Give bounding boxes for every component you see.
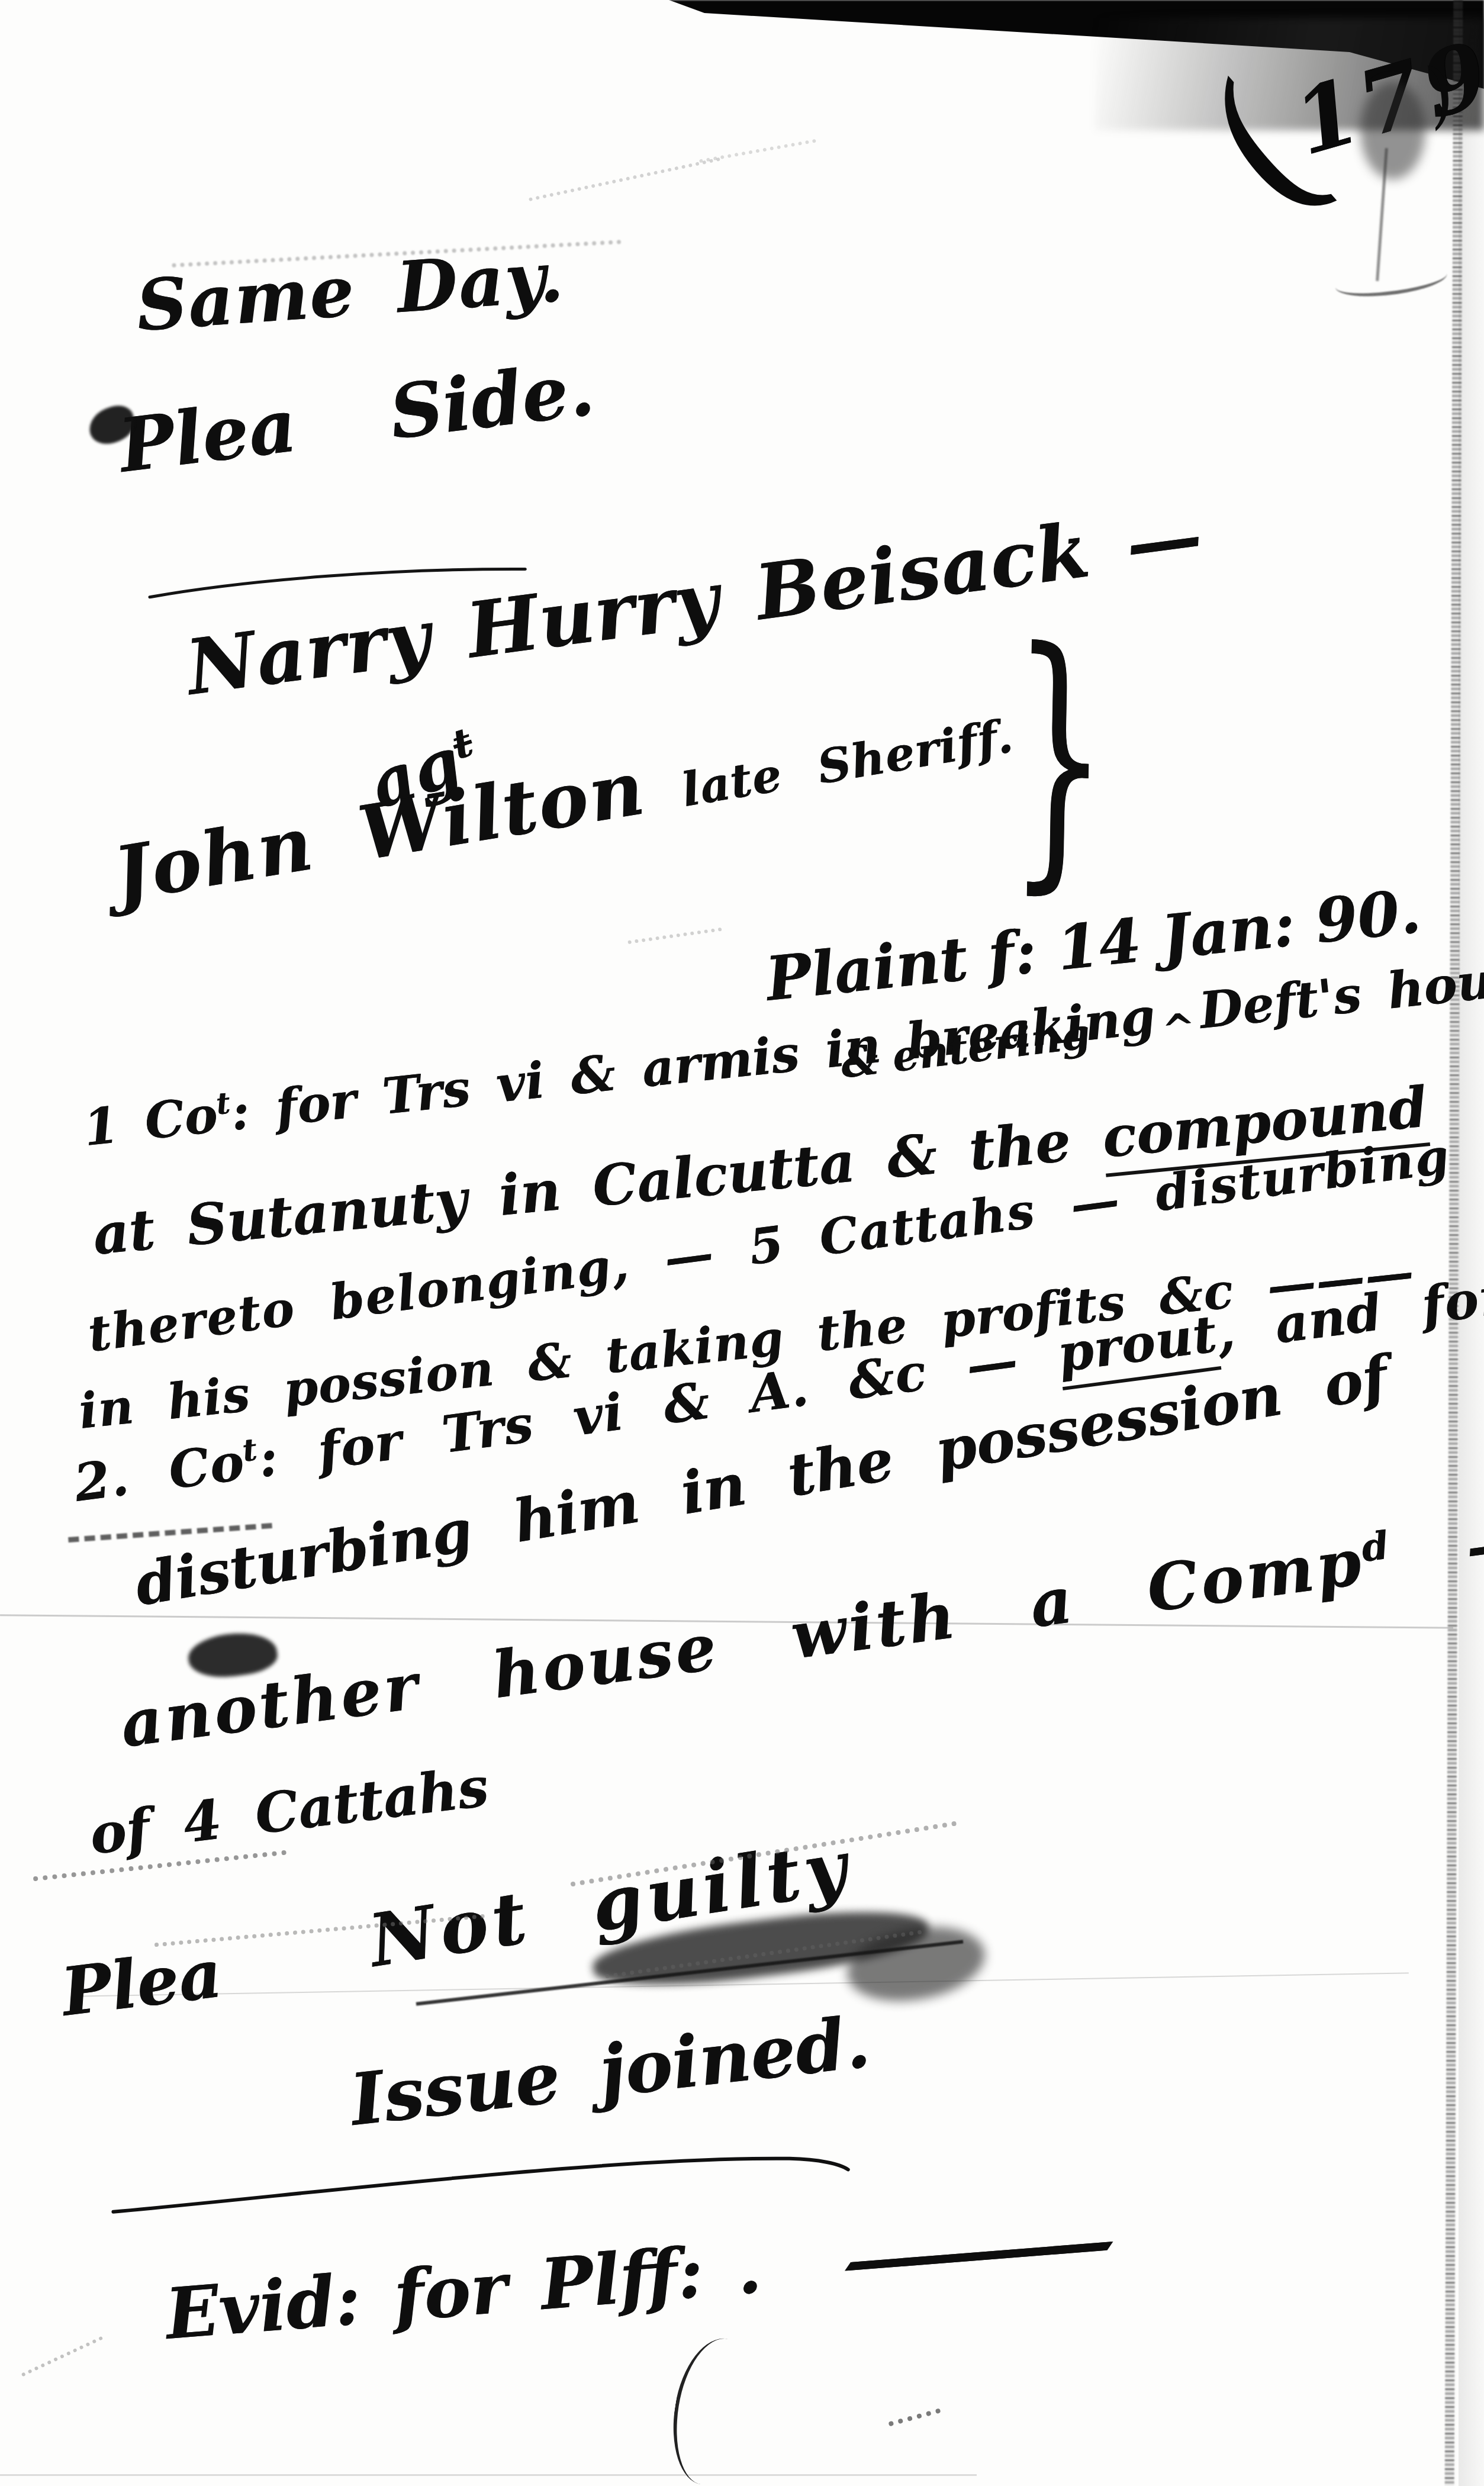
plea-label: Plea	[58, 1939, 226, 2028]
insertion-caret: ^	[1160, 1003, 1197, 1053]
paper-crease	[0, 2474, 977, 2476]
evidence-dash: —	[829, 2202, 1127, 2298]
underline-flourish	[109, 2144, 856, 2218]
issue-joined-line: Issue joined.	[347, 2005, 874, 2138]
count2-line1-text: 2. Co	[70, 1432, 247, 1514]
count2-line4: of 4 Cattahs	[86, 1758, 491, 1863]
bleed-through-mark	[888, 2408, 941, 2426]
pen-descender-loop	[664, 2332, 755, 2486]
bleed-through-mark	[21, 2336, 103, 2377]
manuscript-page: ( 179 ) Same Day. Plea Side. Narry Hurry…	[0, 0, 1484, 2486]
bleed-through-mark	[699, 139, 816, 163]
evidence-text: Evid: for Plff: .	[163, 2226, 764, 2355]
bleed-through-mark	[529, 157, 720, 201]
count1-line1-text: 1 Co	[81, 1085, 220, 1157]
page-fold-shade	[1459, 0, 1484, 2486]
heading-plea-side: Plea Side.	[115, 351, 598, 485]
defendant-name: John Wilton late Sheriff.	[108, 687, 1017, 914]
evidence-line: Evid: for Plff: .—	[163, 2220, 904, 2351]
count2-line3-text: —	[1388, 1502, 1484, 1595]
bleed-through-mark	[627, 928, 722, 944]
defendant-title: late Sheriff.	[642, 709, 1017, 823]
ink-smudge	[1360, 82, 1425, 179]
pen-flourish	[1334, 259, 1449, 302]
case-brace: }	[1007, 600, 1110, 912]
